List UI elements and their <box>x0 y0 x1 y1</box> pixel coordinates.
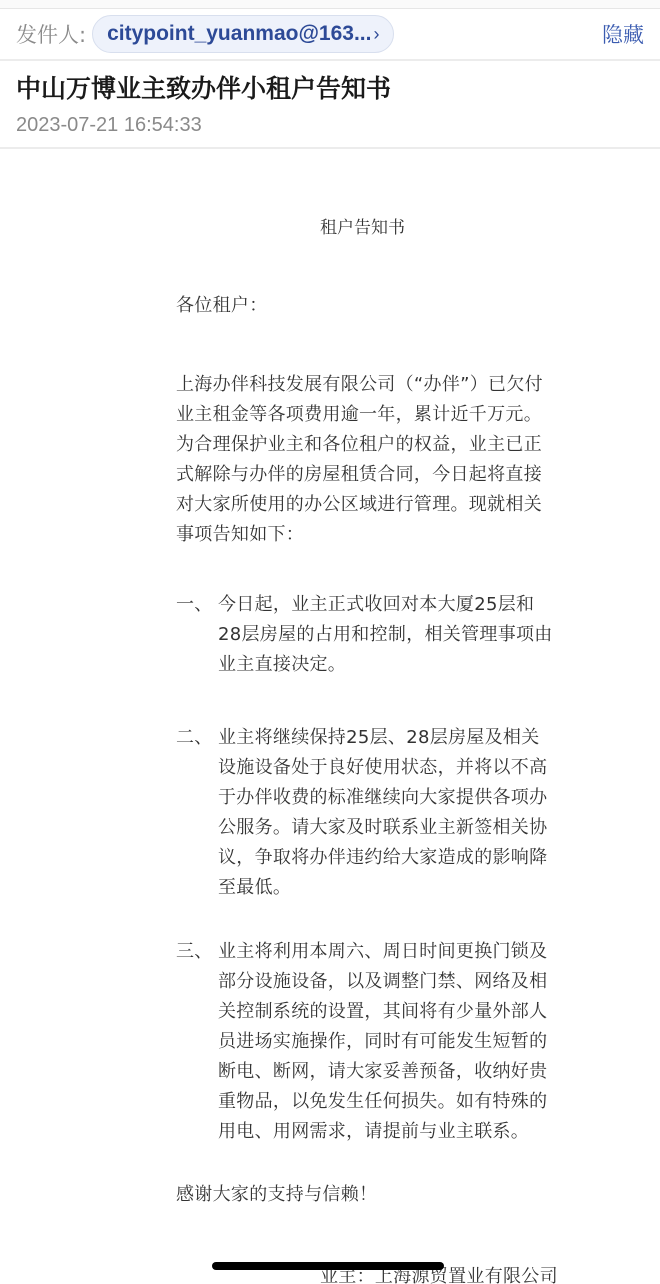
item-number: 三、 <box>176 937 218 1147</box>
letter-item: 一、 今日起，业主正式收回对本大厦25层和28层房屋的占用和控制，相关管理事项由… <box>176 590 556 680</box>
hide-button[interactable]: 隐藏 <box>602 19 644 49</box>
email-subject: 中山万博业主致办伴小租户告知书 <box>16 71 644 107</box>
email-datetime: 2023-07-21 16:54:33 <box>16 111 644 139</box>
letter-item: 三、 业主将利用本周六、周日时间更换门锁及部分设施设备，以及调整门禁、网络及相关… <box>176 937 556 1147</box>
item-text: 业主将继续保持25层、28层房屋及相关设施设备处于良好使用状态，并将以不高于办伴… <box>218 723 556 903</box>
sender-email: citypoint_yuanmao@163... <box>107 22 371 46</box>
subject-block: 中山万博业主致办伴小租户告知书 2023-07-21 16:54:33 <box>0 61 660 149</box>
item-text: 业主将利用本周六、周日时间更换门锁及部分设施设备，以及调整门禁、网络及相关控制系… <box>218 937 556 1147</box>
item-number: 一、 <box>176 590 218 680</box>
chevron-right-icon: › <box>373 24 379 45</box>
sender-chip[interactable]: citypoint_yuanmao@163... › <box>92 15 394 53</box>
letter-thanks: 感谢大家的支持与信赖！ <box>176 1180 377 1210</box>
top-strip <box>0 0 660 9</box>
letter-title: 租户告知书 <box>320 213 405 238</box>
letter-salutation: 各位租户： <box>176 291 268 321</box>
letter-intro: 上海办伴科技发展有限公司（“办伴”）已欠付业主租金等各项费用逾一年，累计近千万元… <box>176 370 556 550</box>
item-number: 二、 <box>176 723 218 903</box>
item-text: 今日起，业主正式收回对本大厦25层和28层房屋的占用和控制，相关管理事项由业主直… <box>218 590 556 680</box>
letter-item: 二、 业主将继续保持25层、28层房屋及相关设施设备处于良好使用状态，并将以不高… <box>176 723 556 903</box>
sender-row: 发件人: citypoint_yuanmao@163... › 隐藏 <box>0 9 660 61</box>
home-indicator[interactable] <box>212 1262 444 1270</box>
sender-label: 发件人: <box>16 19 86 49</box>
